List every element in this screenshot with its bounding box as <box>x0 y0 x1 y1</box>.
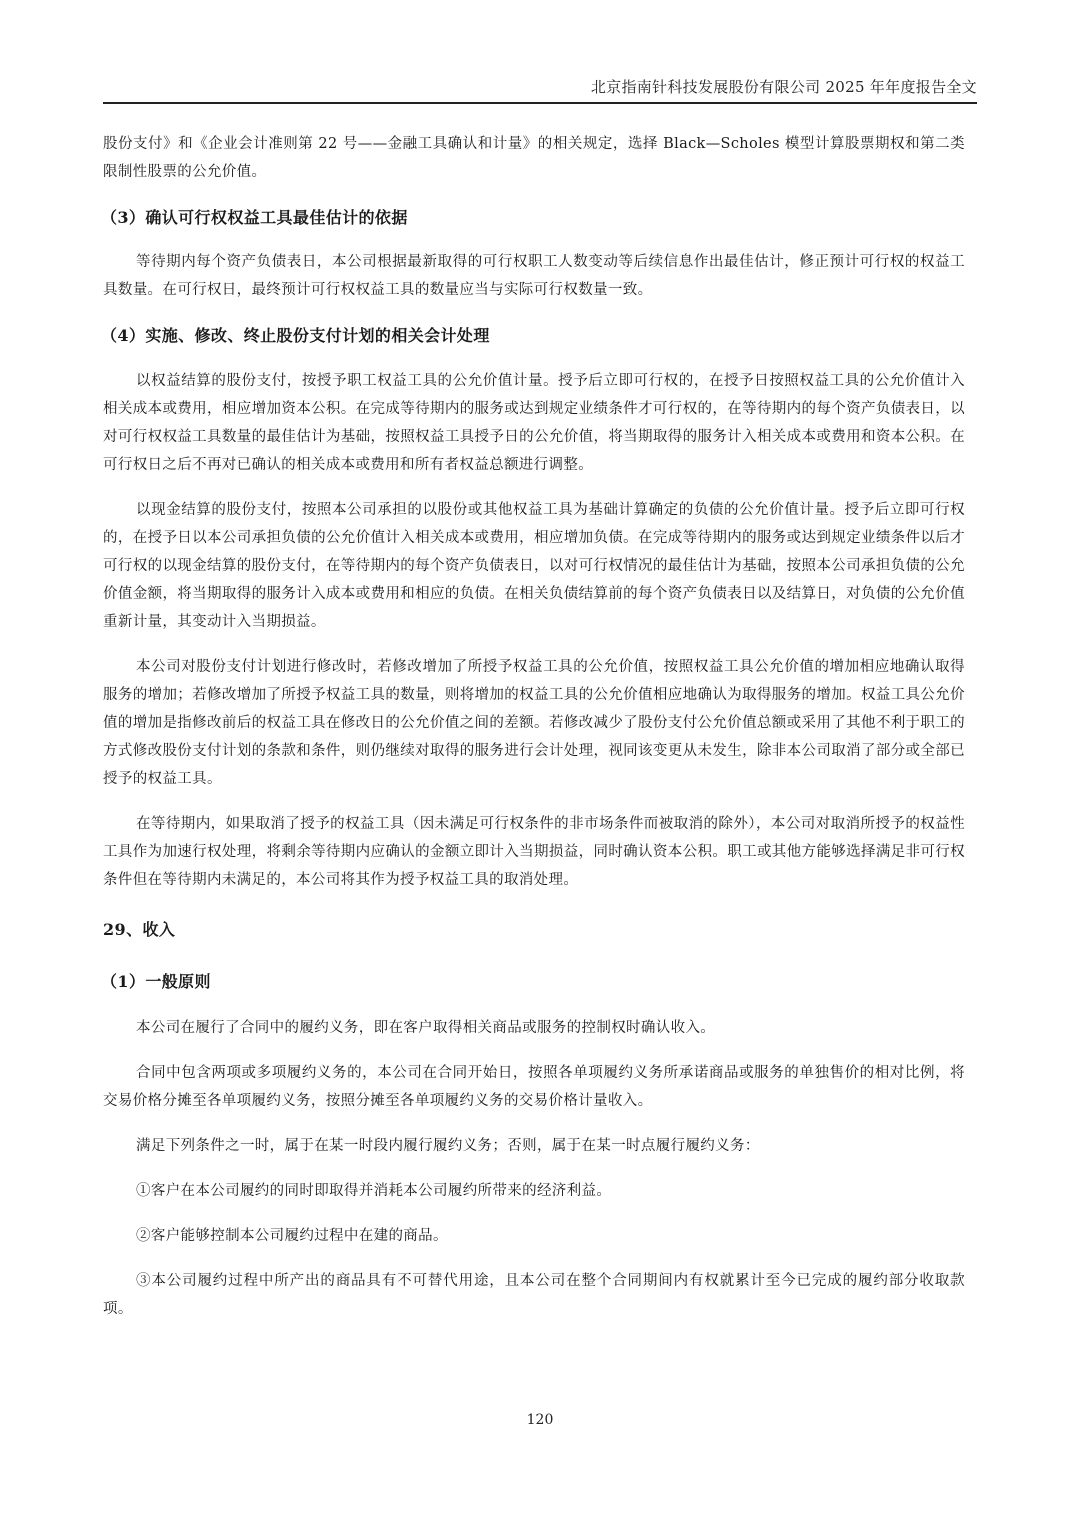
condition-item-1: ①客户在本公司履约的同时即取得并消耗本公司履约所带来的经济利益。 <box>103 1177 965 1205</box>
section-4-paragraph: 本公司对股份支付计划进行修改时，若修改增加了所授予权益工具的公允价值，按照权益工… <box>103 653 965 793</box>
revenue-paragraph: 满足下列条件之一时，属于在某一时段内履行履约义务；否则，属于在某一时点履行履约义… <box>103 1132 965 1160</box>
condition-item-3: ③本公司履约过程中所产出的商品具有不可替代用途，且本公司在整个合同期间内有权就累… <box>103 1267 965 1323</box>
page-header: 北京指南针科技发展股份有限公司 2025 年年度报告全文 <box>103 76 977 97</box>
section-4-heading: （4）实施、修改、终止股份支付计划的相关会计处理 <box>101 322 965 350</box>
section-3-paragraph: 等待期内每个资产负债表日，本公司根据最新取得的可行权职工人数变动等后续信息作出最… <box>103 248 965 304</box>
subsection-1-heading: （1）一般原则 <box>101 968 965 996</box>
page-number: 120 <box>0 1412 1080 1428</box>
revenue-paragraph: 本公司在履行了合同中的履约义务，即在客户取得相关商品或服务的控制权时确认收入。 <box>103 1014 965 1042</box>
section-3-heading: （3）确认可行权权益工具最佳估计的依据 <box>101 204 965 232</box>
page-body: 股份支付》和《企业会计准则第 22 号——金融工具确认和计量》的相关规定，选择 … <box>103 130 965 1323</box>
section-4-paragraph: 以权益结算的股份支付，按授予职工权益工具的公允价值计量。授予后立即可行权的，在授… <box>103 367 965 479</box>
section-4-paragraph: 在等待期内，如果取消了授予的权益工具（因未满足可行权条件的非市场条件而被取消的除… <box>103 810 965 894</box>
section-4-paragraph: 以现金结算的股份支付，按照本公司承担的以股份或其他权益工具为基础计算确定的负债的… <box>103 496 965 636</box>
revenue-paragraph: 合同中包含两项或多项履约义务的，本公司在合同开始日，按照各单项履约义务所承诺商品… <box>103 1059 965 1115</box>
intro-paragraph: 股份支付》和《企业会计准则第 22 号——金融工具确认和计量》的相关规定，选择 … <box>103 130 965 186</box>
condition-item-2: ②客户能够控制本公司履约过程中在建的商品。 <box>103 1222 965 1250</box>
section-29-heading: 29、收入 <box>103 916 965 944</box>
header-divider <box>103 102 977 104</box>
